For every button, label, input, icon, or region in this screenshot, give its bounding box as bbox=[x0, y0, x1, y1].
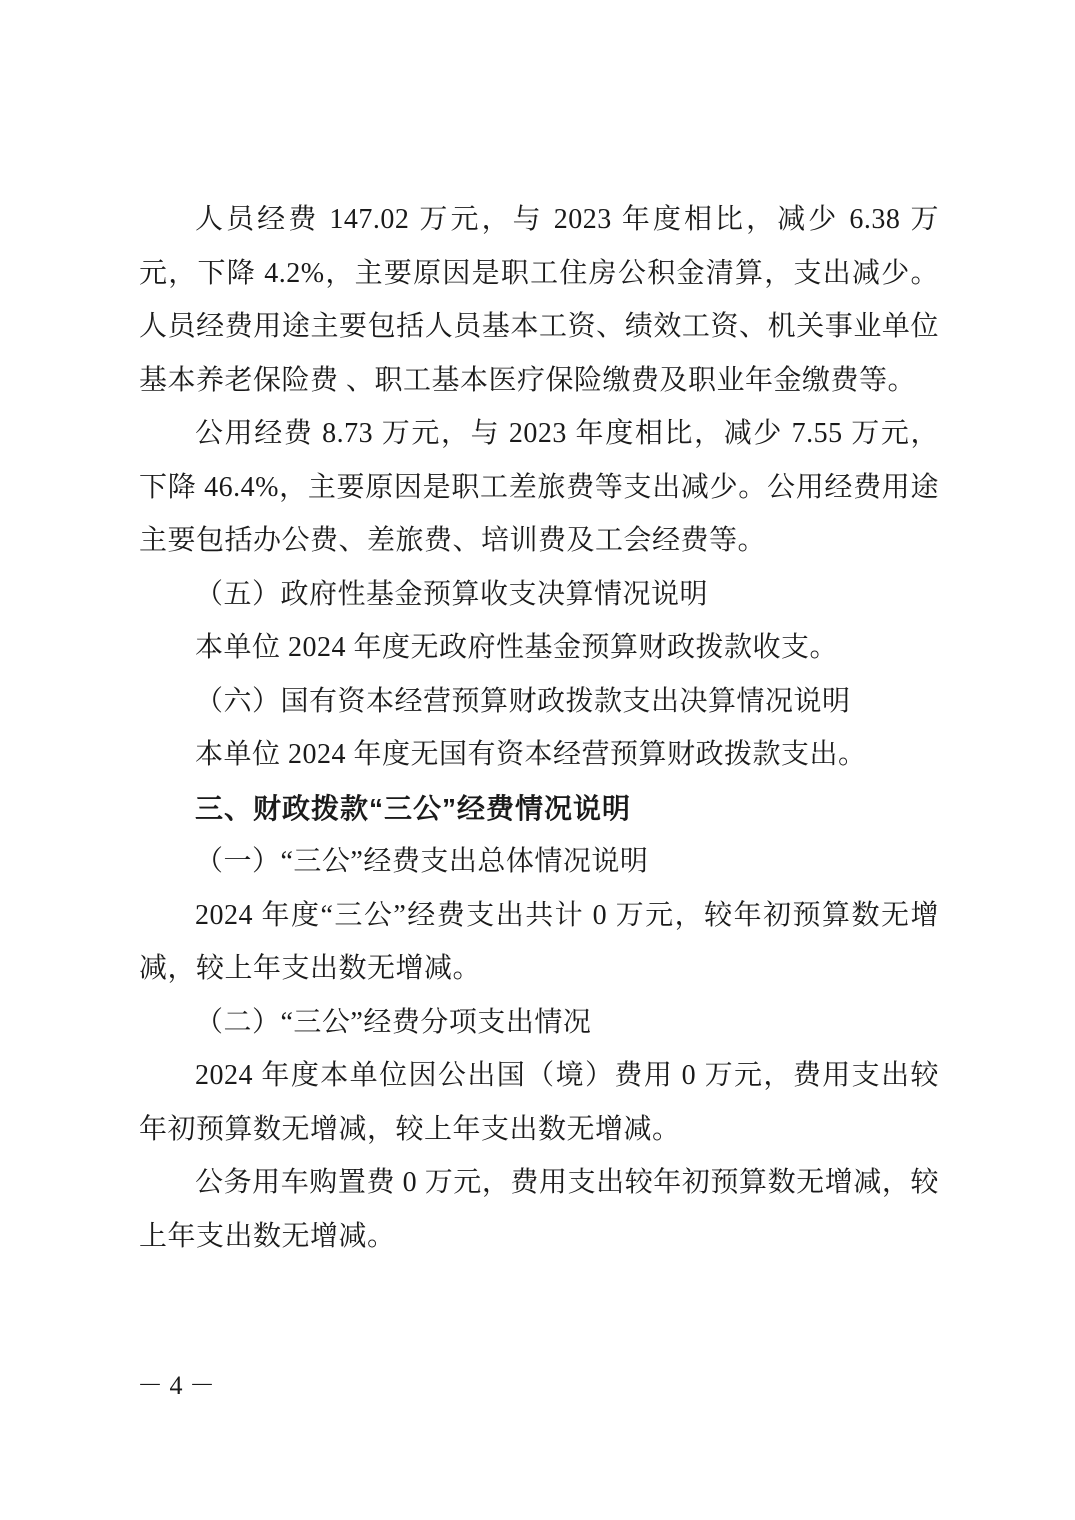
heading-section6-state-capital-budget: （六）国有资本经营预算财政拨款支出决算情况说明 bbox=[139, 675, 939, 729]
heading-sub2-itemized-spending: （二）“三公”经费分项支出情况 bbox=[139, 996, 939, 1050]
paragraph-section6-no-state-capital: 本单位 2024 年度无国有资本经营预算财政拨款支出。 bbox=[139, 728, 939, 782]
heading-sub1-overall-situation: （一）“三公”经费支出总体情况说明 bbox=[139, 835, 939, 889]
document-body: 人员经费 147.02 万元，与 2023 年度相比，减少 6.38 万元，下降… bbox=[139, 193, 939, 1263]
paragraph-sub1-total-zero: 2024 年度“三公”经费支出共计 0 万元，较年初预算数无增减，较上年支出数无… bbox=[139, 889, 939, 996]
heading-part3-three-public-expenses: 三、财政拨款“三公”经费情况说明 bbox=[139, 782, 939, 836]
document-page: 人员经费 147.02 万元，与 2023 年度相比，减少 6.38 万元，下降… bbox=[0, 0, 1075, 1520]
paragraph-sub2-overseas-travel: 2024 年度本单位因公出国（境）费用 0 万元，费用支出较年初预算数无增减，较… bbox=[139, 1049, 939, 1156]
heading-section5-gov-fund-budget: （五）政府性基金预算收支决算情况说明 bbox=[139, 568, 939, 622]
paragraph-sub2-vehicle-purchase: 公务用车购置费 0 万元，费用支出较年初预算数无增减，较上年支出数无增减。 bbox=[139, 1156, 939, 1263]
paragraph-section5-no-gov-fund: 本单位 2024 年度无政府性基金预算财政拨款收支。 bbox=[139, 621, 939, 675]
paragraph-public-expense: 公用经费 8.73 万元，与 2023 年度相比，减少 7.55 万元，下降 4… bbox=[139, 407, 939, 568]
page-number: － 4 － bbox=[137, 1371, 215, 1401]
paragraph-personnel-expense: 人员经费 147.02 万元，与 2023 年度相比，减少 6.38 万元，下降… bbox=[139, 193, 939, 407]
